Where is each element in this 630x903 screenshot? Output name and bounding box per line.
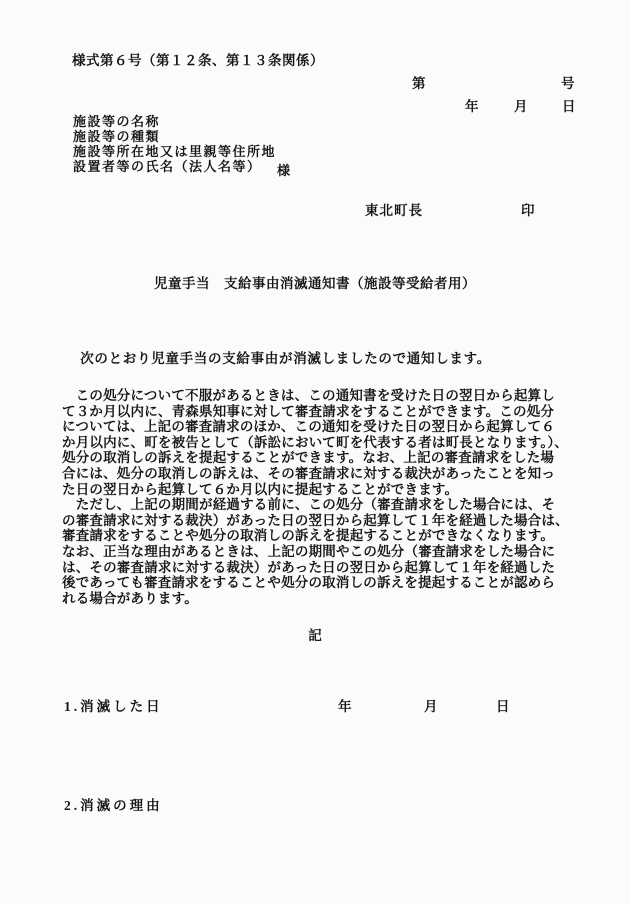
item1-extinguish-date-label: 1.消滅した日 [64,695,163,715]
date-day-label: 日 [562,95,576,115]
facility-address-label: 施設等所在地又は里親等住所地 [73,144,276,159]
date-month-label: 月 [514,95,528,115]
facility-type-label: 施設等の種類 [73,129,276,144]
document-title: 児童手当 支給事由消滅通知書（施設等受給者用） [0,272,630,292]
founder-name-label: 設置者等の氏名（法人名等） [73,159,276,174]
seal-mark: 印 [521,199,535,219]
date-year-label: 年 [465,95,479,115]
form-number: 様式第６号（第１２条、第１３条関係） [72,49,324,69]
appeal-rights-notice: この処分について不服があるときは、この通知書を受けた日の翌日から起算し て３か月… [62,388,582,606]
facility-name-label: 施設等の名称 [73,114,276,129]
item1-month-label: 月 [424,695,438,715]
doc-number-suffix-label: 号 [561,72,575,92]
item1-day-label: 日 [496,695,510,715]
addressee-block: 施設等の名称 施設等の種類 施設等所在地又は里親等住所地 設置者等の氏名（法人名… [73,114,276,174]
item2-extinguish-reason-label: 2.消滅の理由 [64,794,163,814]
honorific-label: 様 [277,160,290,179]
issuer-name: 東北町長 [365,199,423,219]
intro-sentence: 次のとおり児童手当の支給事由が消滅しましたので通知します。 [66,347,491,367]
item1-year-label: 年 [338,695,352,715]
doc-number-prefix-label: 第 [412,72,426,92]
ki-section-marker: 記 [0,624,630,644]
